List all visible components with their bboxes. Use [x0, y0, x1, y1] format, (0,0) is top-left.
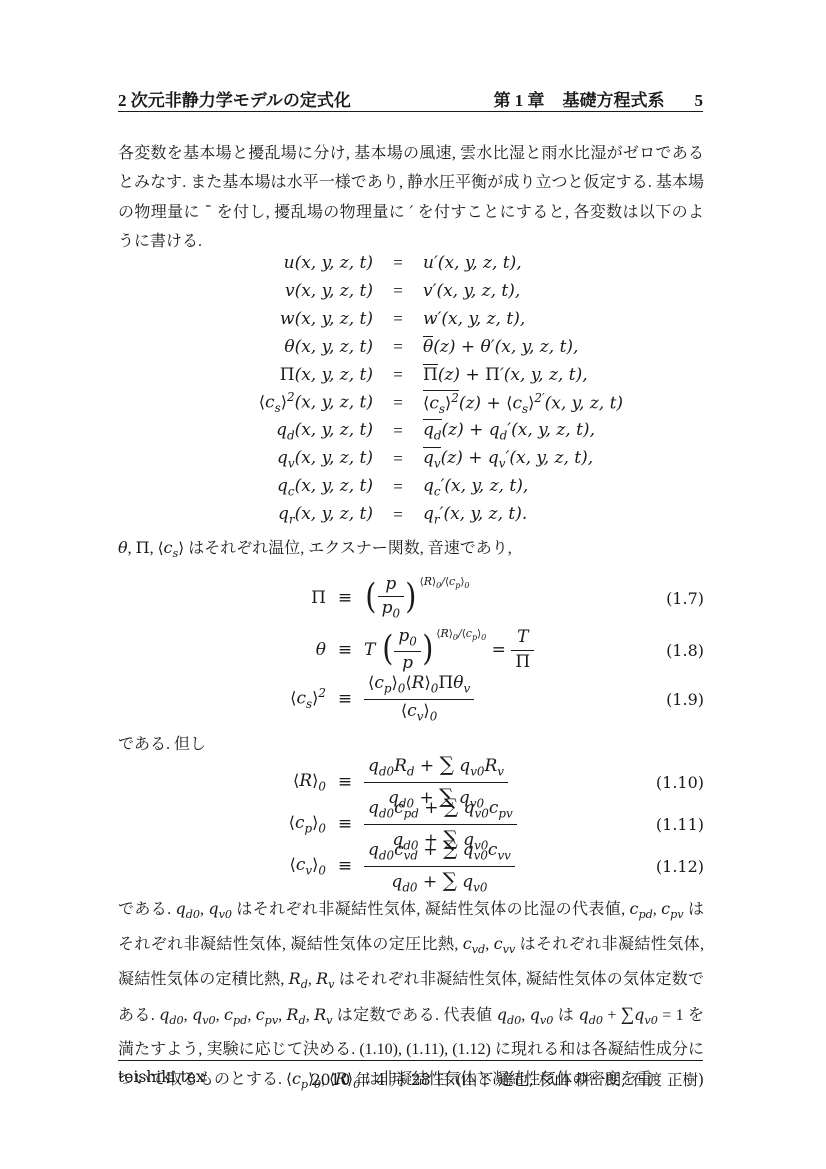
equation-number: (1.7) [666, 589, 704, 608]
equation-1-8: θ ≡ T (p0p)⟨R⟩0/⟨cp⟩0 = TΠ (1.8) [118, 624, 704, 676]
equals-sign: = [373, 309, 423, 329]
equation-lhs: ⟨cs⟩2(x, y, z, t) [118, 390, 373, 415]
equation-rhs: w′(x, y, z, t), [423, 309, 704, 329]
paragraph-intro: 各変数を基本場と擾乱場に分け, 基本場の風速, 雲水比湿と雨水比湿がゼロであると… [118, 139, 704, 256]
numbered-equation-group-exner: Π ≡ (pp0)⟨R⟩0/⟨cp⟩0 (1.7) θ ≡ T (p0p)⟨R⟩… [118, 572, 704, 722]
equals-sign: = [373, 477, 423, 497]
footer-rule [118, 1060, 703, 1061]
equation-row-pi: Π(x, y, z, t) = Π(z) + Π′(x, y, z, t), [118, 361, 704, 389]
equation-rhs: ⟨cp⟩0⟨R⟩0Πθv⟨cv⟩0 [364, 674, 666, 723]
equation-rhs: qc′(x, y, z, t), [423, 476, 704, 498]
footer-date-authors: 2010 年 4 月 28 日 (山下 達也, 杉山 耕一朗, 石渡 正樹) [311, 1068, 704, 1090]
paragraph-exner-intro: θ, Π, ⟨cs⟩ はそれぞれ温位, エクスナー関数, 音速であり, [118, 533, 704, 568]
equals-sign: = [373, 449, 423, 469]
equiv-sign: ≡ [326, 772, 364, 792]
equation-lhs: qc(x, y, z, t) [118, 476, 373, 498]
equation-row-qc: qc(x, y, z, t) = qc′(x, y, z, t), [118, 473, 704, 501]
equation-lhs: u(x, y, z, t) [118, 253, 373, 273]
equation-row-qv: qv(x, y, z, t) = qv(z) + qv′(x, y, z, t)… [118, 445, 704, 473]
equation-lhs: θ [118, 640, 326, 660]
equation-lhs: Π(x, y, z, t) [118, 365, 373, 385]
equation-lhs: v(x, y, z, t) [118, 281, 373, 301]
equation-number: (1.9) [666, 690, 704, 709]
decomposition-equation-block: u(x, y, z, t) = u′(x, y, z, t), v(x, y, … [118, 249, 704, 529]
equation-lhs: ⟨cv⟩0 [118, 855, 326, 877]
header-rule [118, 111, 703, 112]
equation-lhs: ⟨cp⟩0 [118, 813, 326, 835]
equation-lhs: w(x, y, z, t) [118, 309, 373, 329]
equation-1-9: ⟨cs⟩2 ≡ ⟨cp⟩0⟨R⟩0Πθv⟨cv⟩0 (1.9) [118, 676, 704, 722]
equiv-sign: ≡ [326, 814, 364, 834]
document-page: 2 次元非静力学モデルの定式化 第 1 章 基礎方程式系 5 各変数を基本場と擾… [0, 0, 826, 1169]
footer-filename: teishiki.tex [118, 1068, 205, 1090]
equation-lhs: Π [118, 588, 326, 608]
equation-rhs: Π(z) + Π′(x, y, z, t), [423, 364, 704, 385]
chapter-label: 第 1 章 [494, 86, 545, 111]
running-title: 2 次元非静力学モデルの定式化 [118, 86, 351, 111]
equation-row-qr: qr(x, y, z, t) = qr′(x, y, z, t). [118, 501, 704, 529]
equation-row-v: v(x, y, z, t) = v′(x, y, z, t), [118, 277, 704, 305]
equation-lhs: qv(x, y, z, t) [118, 448, 373, 470]
equation-1-12: ⟨cv⟩0 ≡ qd0cvd + ∑ qv0cvvqd0 + ∑ qv0 (1.… [118, 845, 704, 887]
equals-sign: = [373, 281, 423, 301]
equation-number: (1.8) [666, 641, 704, 660]
equation-rhs: qd0cvd + ∑ qv0cvvqd0 + ∑ qv0 [364, 837, 656, 894]
equals-sign: = [373, 253, 423, 273]
equals-sign: = [373, 337, 423, 357]
equation-lhs: qr(x, y, z, t) [118, 504, 373, 526]
equiv-sign: ≡ [326, 588, 364, 608]
equation-number: (1.12) [656, 857, 704, 876]
equiv-sign: ≡ [326, 856, 364, 876]
equation-row-u: u(x, y, z, t) = u′(x, y, z, t), [118, 249, 704, 277]
equation-lhs: ⟨cs⟩2 [118, 686, 326, 711]
equation-rhs: qr′(x, y, z, t). [423, 504, 704, 526]
page-number: 5 [695, 91, 704, 111]
equation-number: (1.11) [656, 815, 704, 834]
equals-sign: = [373, 421, 423, 441]
running-header-right: 第 1 章 基礎方程式系 5 [494, 86, 704, 111]
equation-rhs: T (p0p)⟨R⟩0/⟨cp⟩0 = TΠ [364, 627, 666, 674]
equation-rhs: u′(x, y, z, t), [423, 253, 704, 273]
equation-row-w: w(x, y, z, t) = w′(x, y, z, t), [118, 305, 704, 333]
equation-lhs: qd(x, y, z, t) [118, 420, 373, 442]
equals-sign: = [373, 505, 423, 525]
chapter-title: 基礎方程式系 [563, 86, 665, 111]
equals-sign: = [373, 393, 423, 413]
equation-1-7: Π ≡ (pp0)⟨R⟩0/⟨cp⟩0 (1.7) [118, 572, 704, 624]
equation-rhs: θ(z) + θ′(x, y, z, t), [423, 336, 704, 357]
equation-lhs: θ(x, y, z, t) [118, 337, 373, 357]
equation-row-cs: ⟨cs⟩2(x, y, z, t) = ⟨cs⟩2(z) + ⟨cs⟩2′(x,… [118, 389, 704, 417]
equiv-sign: ≡ [326, 640, 364, 660]
equals-sign: = [373, 365, 423, 385]
equation-rhs: v′(x, y, z, t), [423, 281, 704, 301]
equation-number: (1.10) [656, 773, 704, 792]
equiv-sign: ≡ [326, 689, 364, 709]
numbered-equation-group-means: ⟨R⟩0 ≡ qd0Rd + ∑ qv0Rvqd0 + ∑ qv0 (1.10)… [118, 761, 704, 887]
equation-row-qd: qd(x, y, z, t) = qd(z) + qd′(x, y, z, t)… [118, 417, 704, 445]
equation-rhs: ⟨cs⟩2(z) + ⟨cs⟩2′(x, y, z, t) [423, 390, 704, 416]
equation-lhs: ⟨R⟩0 [118, 771, 326, 793]
equation-rhs: qv(z) + qv′(x, y, z, t), [423, 447, 704, 471]
equation-rhs: qd(z) + qd′(x, y, z, t), [423, 419, 704, 443]
footer: teishiki.tex 2010 年 4 月 28 日 (山下 達也, 杉山 … [118, 1068, 704, 1090]
equation-row-theta: θ(x, y, z, t) = θ(z) + θ′(x, y, z, t), [118, 333, 704, 361]
equation-rhs: (pp0)⟨R⟩0/⟨cp⟩0 [364, 575, 666, 622]
